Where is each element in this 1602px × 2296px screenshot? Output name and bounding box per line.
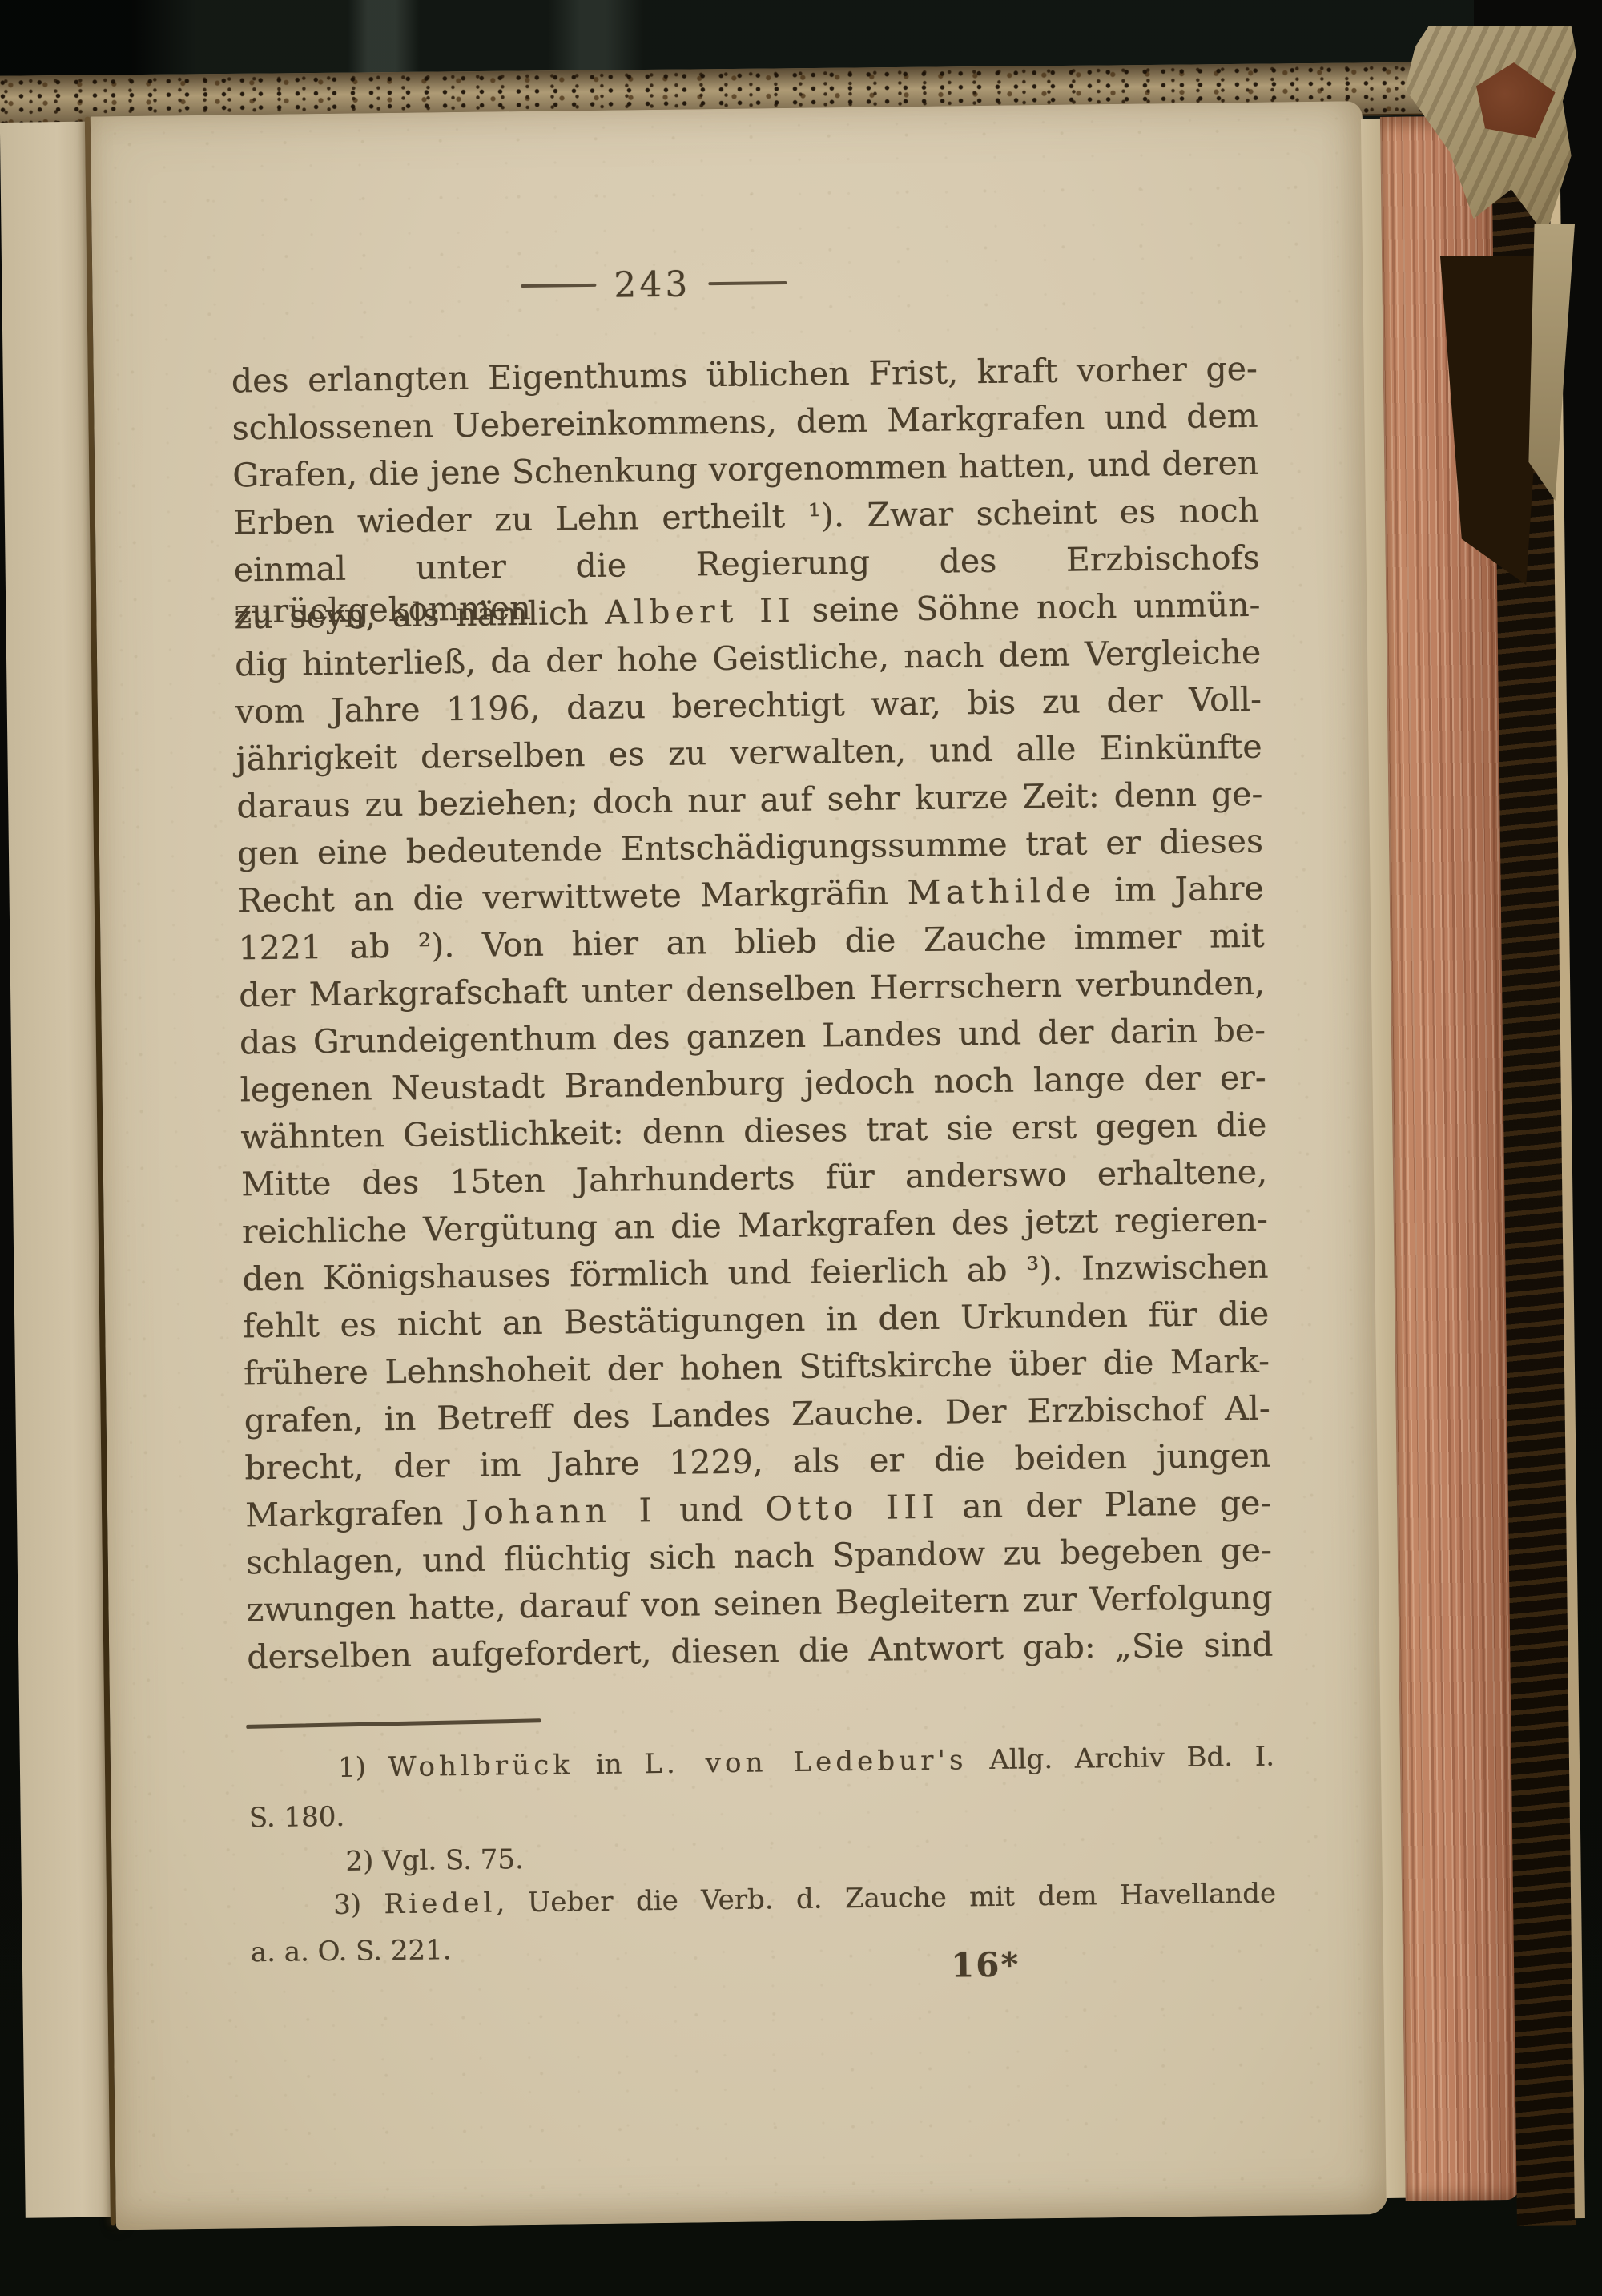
book-page: 243 des erlangten Eigenthums üblichen Fr… xyxy=(91,101,1388,2230)
footnotes: 1) Wohlbrück in L. von Ledebur's Allg. A… xyxy=(91,101,1388,2230)
open-book: 243 des erlangten Eigenthums üblichen Fr… xyxy=(0,99,1602,2241)
footnote-line: S. 180. xyxy=(248,1788,1274,1836)
footnote-line: a. a. O. S. 221. xyxy=(251,1923,1277,1971)
scanned-book-photo: 243 des erlangten Eigenthums üblichen Fr… xyxy=(0,0,1602,2296)
footnote-line: 2) Vgl. S. 75. xyxy=(249,1833,1275,1881)
letterspaced-name: Wohlbrück xyxy=(388,1749,574,1783)
footnote-line: 1) Wohlbrück in L. von Ledebur's Allg. A… xyxy=(248,1739,1274,1787)
signature-mark: 16* xyxy=(951,1945,1020,1985)
footnote-line: 3) Riedel, Ueber die Verb. d. Zauche mit… xyxy=(250,1876,1276,1924)
letterspaced-name: Riedel xyxy=(384,1887,496,1921)
letterspaced-name: L. von Ledebur's xyxy=(644,1744,968,1780)
